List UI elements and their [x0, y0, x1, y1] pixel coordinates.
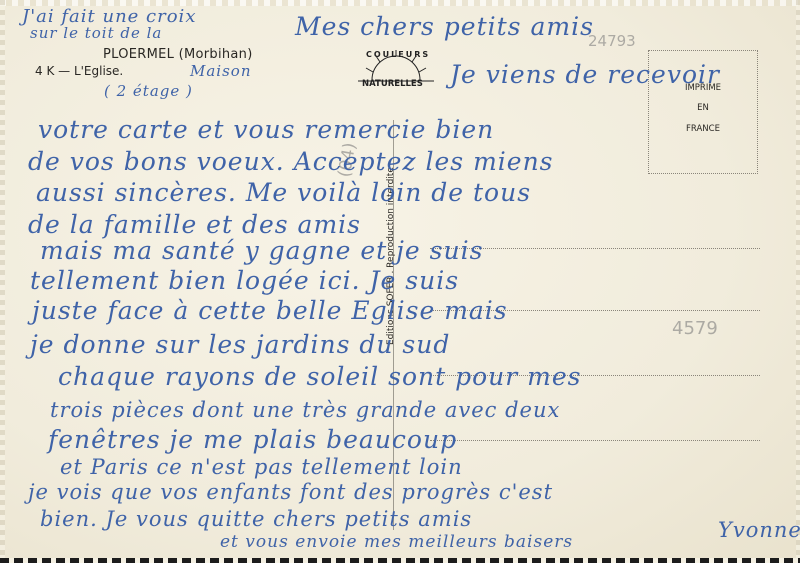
handwritten-line: trois pièces dont une très grande avec d… [50, 398, 560, 422]
logo-arc-text: COULEURS [366, 50, 430, 59]
stamp-text-line: FRANCE [649, 124, 757, 134]
deckled-edge-right [796, 0, 800, 563]
stamp-text-line: EN [649, 103, 757, 113]
handwritten-line: mais ma santé y gagne et je suis [40, 236, 483, 265]
handwritten-line: aussi sincères. Me voilà loin de tous [36, 178, 531, 207]
handwritten-line: je donne sur les jardins du sud [30, 330, 450, 359]
handwritten-line: juste face à cette belle Eglise mais [32, 296, 508, 325]
handwritten-greeting: Mes chers petits amis [295, 12, 594, 41]
deckled-edge-bottom [0, 558, 800, 563]
handwritten-line: votre carte et vous remercie bien [38, 115, 494, 144]
logo-label: NATURELLES [362, 79, 423, 89]
handwritten-signature: Yvonne [718, 518, 800, 542]
handwritten-margin-note: Maison [190, 62, 252, 80]
deckled-edge-left [0, 0, 5, 563]
handwritten-line: chaque rayons de soleil sont pour mes [58, 362, 581, 391]
card-subtitle: 4 K — L'Eglise. [35, 64, 123, 78]
address-line [430, 440, 760, 441]
pencil-catalog-number: 24793 [588, 32, 636, 50]
handwritten-line: je vois que vos enfants font des progrès… [28, 480, 553, 504]
pencil-note: 4579 [672, 318, 718, 339]
handwritten-line: tellement bien logée ici. Je suis [30, 266, 459, 295]
location-title: PLOERMEL (Morbihan) [103, 47, 253, 62]
handwritten-margin-note: sur le toit de la [30, 24, 162, 42]
couleurs-naturelles-logo: COULEURS NATURELLES [356, 50, 436, 92]
handwritten-margin-note: ( 2 étage ) [104, 82, 193, 100]
handwritten-line: Je viens de recevoir [450, 60, 720, 89]
handwritten-line: de la famille et des amis [28, 210, 361, 239]
handwritten-line: bien. Je vous quitte chers petits amis [40, 507, 472, 531]
handwritten-line: de vos bons voeux. Acceptez les miens [28, 147, 554, 176]
handwritten-line: et Paris ce n'est pas tellement loin [60, 455, 463, 479]
handwritten-line: fenêtres je me plais beaucoup [48, 425, 457, 454]
postcard-back: PLOERMEL (Morbihan) 4 K — L'Eglise. COUL… [0, 0, 800, 563]
handwritten-line: et vous envoie mes meilleurs baisers [220, 532, 573, 552]
